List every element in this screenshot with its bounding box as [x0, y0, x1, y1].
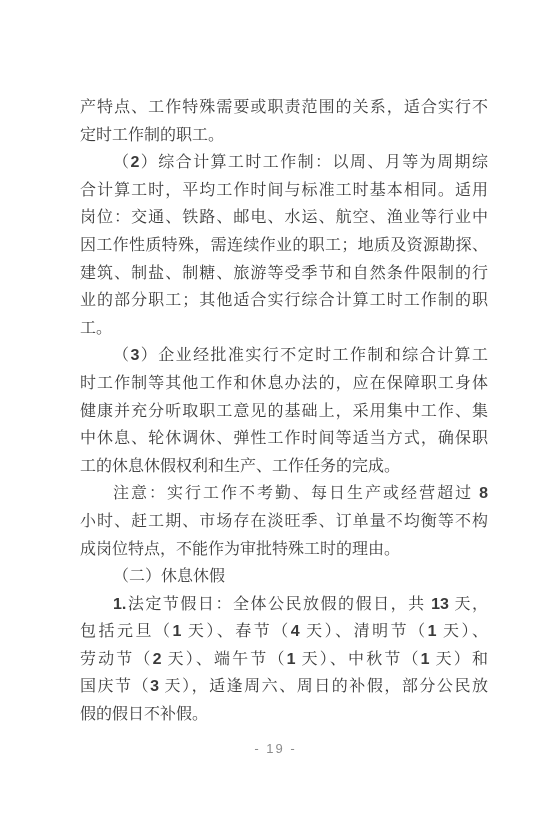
- text-segment: ）企业经批准实行不定时工作制和综合计算工: [139, 347, 488, 364]
- number-text: 1: [428, 623, 437, 640]
- text-line: 岗位：交通、铁路、邮电、水运、航空、渔业等行业中: [80, 204, 488, 232]
- page-number: - 19 -: [0, 741, 551, 756]
- text-line: 劳动节（2 天）、端午节（1 天）、中秋节（1 天）和: [80, 646, 488, 674]
- text-line: 健康并充分听取职工意见的基础上，采用集中工作、集: [80, 398, 488, 426]
- text-segment: 天）、中秋节（: [296, 651, 421, 668]
- text-segment: 产特点、工作特殊需要或职责范围的关系，适合实行不: [80, 99, 488, 116]
- text-segment: 业的部分职工；其他适合实行综合计算工时工作制的职: [80, 292, 488, 309]
- text-segment: 中休息、轮休调休、弹性工作时间等适当方式，确保职: [80, 430, 488, 447]
- number-text: 2: [130, 154, 139, 171]
- text-line: 成岗位特点，不能作为审批特殊工时的理由。: [80, 536, 488, 564]
- text-line: 定时工作制的职工。: [80, 122, 488, 150]
- text-segment: 劳动节（: [80, 651, 153, 668]
- text-line: （二）休息休假: [80, 563, 488, 591]
- text-line: 建筑、制盐、制糖、旅游等受季节和自然条件限制的行: [80, 260, 488, 288]
- text-segment: 包括元旦（: [80, 623, 172, 640]
- text-segment: 岗位：交通、铁路、邮电、水运、航空、渔业等行业中: [80, 209, 488, 226]
- text-line: 注意：实行工作不考勤、每日生产或经营超过 8: [80, 480, 488, 508]
- text-line: 工。: [80, 315, 488, 343]
- text-segment: （: [113, 347, 130, 364]
- text-segment: 成岗位特点，不能作为审批特殊工时的理由。: [80, 541, 400, 558]
- number-text: 13: [431, 596, 449, 613]
- text-segment: 因工作性质特殊，需连续作业的职工；地质及资源勘探、: [80, 237, 488, 254]
- number-text: 1: [421, 651, 430, 668]
- text-segment: （: [113, 154, 130, 171]
- text-line: （2）综合计算工时工作制：以周、月等为周期综: [80, 149, 488, 177]
- text-line: 合计算工时，平均工作时间与标准工时基本相同。适用: [80, 177, 488, 205]
- text-segment: 法定节假日：全体公民放假的假日，共: [126, 596, 431, 613]
- text-line: 小时、赶工期、市场存在淡旺季、订单量不均衡等不构: [80, 508, 488, 536]
- text-segment: ）综合计算工时工作制：以周、月等为周期综: [139, 154, 488, 171]
- number-text: 1: [287, 651, 296, 668]
- text-segment: 时工作制等其他工作和休息办法的，应在保障职工身体: [80, 375, 488, 392]
- text-segment: 天，: [449, 596, 488, 613]
- text-line: 产特点、工作特殊需要或职责范围的关系，适合实行不: [80, 94, 488, 122]
- text-segment: 天）、端午节（: [161, 651, 286, 668]
- text-segment: 工的休息休假权利和生产、工作任务的完成。: [80, 458, 400, 475]
- text-line: 时工作制等其他工作和休息办法的，应在保障职工身体: [80, 370, 488, 398]
- text-segment: 假的假日不补假。: [80, 706, 208, 723]
- text-line: 中休息、轮休调休、弹性工作时间等适当方式，确保职: [80, 425, 488, 453]
- text-line: 假的假日不补假。: [80, 701, 488, 729]
- text-segment: 小时、赶工期、市场存在淡旺季、订单量不均衡等不构: [80, 513, 488, 530]
- number-text: 4: [291, 623, 300, 640]
- text-line: 业的部分职工；其他适合实行综合计算工时工作制的职: [80, 287, 488, 315]
- document-page: 产特点、工作特殊需要或职责范围的关系，适合实行不定时工作制的职工。（2）综合计算…: [0, 0, 551, 826]
- number-text: 8: [479, 485, 488, 502]
- text-segment: 建筑、制盐、制糖、旅游等受季节和自然条件限制的行: [80, 265, 488, 282]
- text-segment: 健康并充分听取职工意见的基础上，采用集中工作、集: [80, 403, 488, 420]
- text-segment: 注意：实行工作不考勤、每日生产或经营超过: [113, 485, 479, 502]
- text-segment: 天）、: [437, 623, 488, 640]
- text-segment: 定时工作制的职工。: [80, 127, 224, 144]
- text-segment: （二）休息休假: [113, 568, 225, 585]
- text-line: 因工作性质特殊，需连续作业的职工；地质及资源勘探、: [80, 232, 488, 260]
- text-line: 工的休息休假权利和生产、工作任务的完成。: [80, 453, 488, 481]
- text-line: 包括元旦（1 天）、春节（4 天）、清明节（1 天）、: [80, 618, 488, 646]
- text-segment: 天），适逢周六、周日的补假，部分公民放: [159, 678, 488, 695]
- text-segment: 国庆节（: [80, 678, 150, 695]
- number-text: 3: [130, 347, 139, 364]
- number-text: 1.: [113, 596, 126, 613]
- text-line: 国庆节（3 天），适逢周六、周日的补假，部分公民放: [80, 673, 488, 701]
- text-segment: 天）、春节（: [181, 623, 290, 640]
- text-segment: 天）和: [430, 651, 488, 668]
- text-line: 1.法定节假日：全体公民放假的假日，共 13 天，: [80, 591, 488, 619]
- text-segment: 工。: [80, 320, 112, 337]
- text-column: 产特点、工作特殊需要或职责范围的关系，适合实行不定时工作制的职工。（2）综合计算…: [80, 94, 488, 729]
- text-segment: 合计算工时，平均工作时间与标准工时基本相同。适用: [80, 182, 488, 199]
- number-text: 3: [150, 678, 159, 695]
- text-segment: 天）、清明节（: [300, 623, 428, 640]
- text-line: （3）企业经批准实行不定时工作制和综合计算工: [80, 342, 488, 370]
